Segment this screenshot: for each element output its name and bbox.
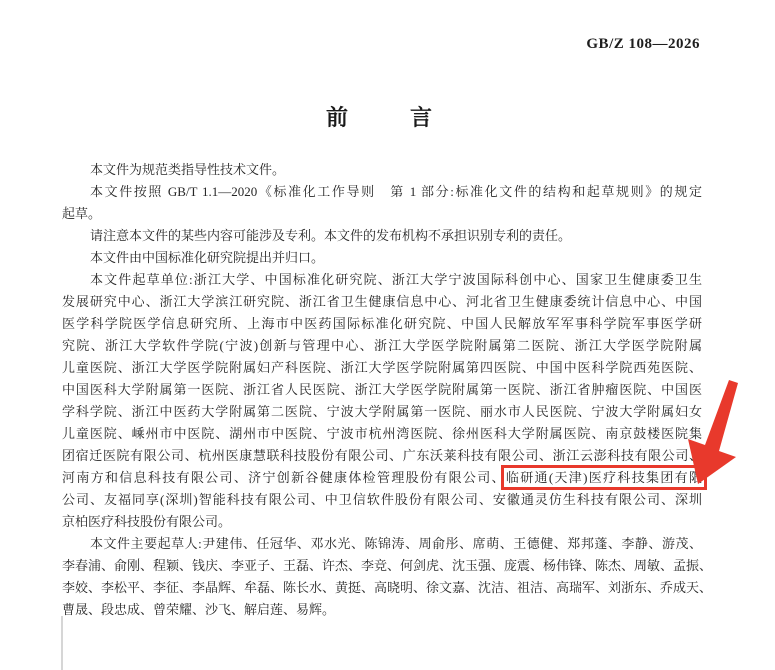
org-line: 儿童医院、嵊州市中医院、湖州市中医院、宁波市杭州湾医院、徐州医科大学附属医院、南… xyxy=(62,423,702,445)
org-line: 京柏医疗科技股份有限公司。 xyxy=(62,511,702,533)
paragraph-proposed-by: 本文件由中国标准化研究院提出并归口。 xyxy=(62,247,702,269)
paragraph-basis-line1: 本文件按照 GB/T 1.1—2020《标准化工作导则 第 1 部分:标准化文件… xyxy=(62,181,702,203)
doc-number: GB/Z 108—2026 xyxy=(586,36,700,53)
org-line: 中国医科大学附属第一医院、浙江省人民医院、浙江大学医学院附属第一医院、浙江省肿瘤… xyxy=(62,379,702,401)
org-line: 医学科学院医学信息研究所、上海市中医药国际标准化研究院、中国人民解放军军事科学院… xyxy=(62,313,702,335)
org-line: 公司、友福同享(深圳)智能科技有限公司、中卫信软件股份有限公司、安徽通灵仿生科技… xyxy=(62,489,702,511)
drafter-line: 李春浦、俞刚、程颖、钱庆、李亚子、王磊、许杰、李竞、何剑虎、沈玉强、庞震、杨伟锋… xyxy=(62,555,702,577)
paragraph-patent-notice: 请注意本文件的某些内容可能涉及专利。本文件的发布机构不承担识别专利的责任。 xyxy=(62,225,702,247)
page-edge-line xyxy=(61,616,63,670)
org-line-with-highlight: 河南方和信息科技有限公司、济宁创新谷健康体检管理股份有限公司、临研通(天津)医疗… xyxy=(62,467,702,489)
org-line: 本文件起草单位:浙江大学、中国标准化研究院、浙江大学宁波国际科创中心、国家卫生健… xyxy=(62,269,702,291)
org-line: 学科学院、浙江中医药大学附属第二医院、宁波大学附属第一医院、丽水市人民医院、宁波… xyxy=(62,401,702,423)
paragraph-doc-type: 本文件为规范类指导性技术文件。 xyxy=(62,159,702,181)
highlight-box: 临研通(天津)医疗科技集团有限 xyxy=(506,470,702,485)
org-line: 发展研究中心、浙江大学滨江研究院、浙江省卫生健康信息中心、河北省卫生健康委统计信… xyxy=(62,291,702,313)
drafter-line: 本文件主要起草人:尹建伟、任冠华、邓水光、陈锦涛、周俞彤、席萌、王德健、郑邦蓬、… xyxy=(62,533,702,555)
foreword-title: 前 言 xyxy=(62,101,702,132)
document-page: GB/Z 108—2026 前 言 本文件为规范类指导性技术文件。 本文件按照 … xyxy=(0,0,775,670)
org-line: 儿童医院、浙江大学医学院附属妇产科医院、浙江大学医学院附属第四医院、中国中医科学… xyxy=(62,357,702,379)
paragraph-basis-line2: 起草。 xyxy=(62,203,702,225)
org-line: 团宿迁医院有限公司、杭州医康慧联科技股份有限公司、广东沃莱科技有限公司、浙江云澎… xyxy=(62,445,702,467)
org-line: 究院、浙江大学软件学院(宁波)创新与管理中心、浙江大学医学院附属第二医院、浙江大… xyxy=(62,335,702,357)
org-line-text: 河南方和信息科技有限公司、济宁创新谷健康体检管理股份有限公司、 xyxy=(62,470,506,485)
drafter-line: 李姣、李松平、李征、李晶辉、牟磊、陈长水、黄挺、高晓明、徐文嘉、沈洁、祖洁、高瑞… xyxy=(62,577,702,599)
drafter-line: 曹晟、段忠成、曾荣耀、沙飞、解启莲、易辉。 xyxy=(62,599,702,621)
foreword-body: 本文件为规范类指导性技术文件。 本文件按照 GB/T 1.1—2020《标准化工… xyxy=(62,159,702,621)
